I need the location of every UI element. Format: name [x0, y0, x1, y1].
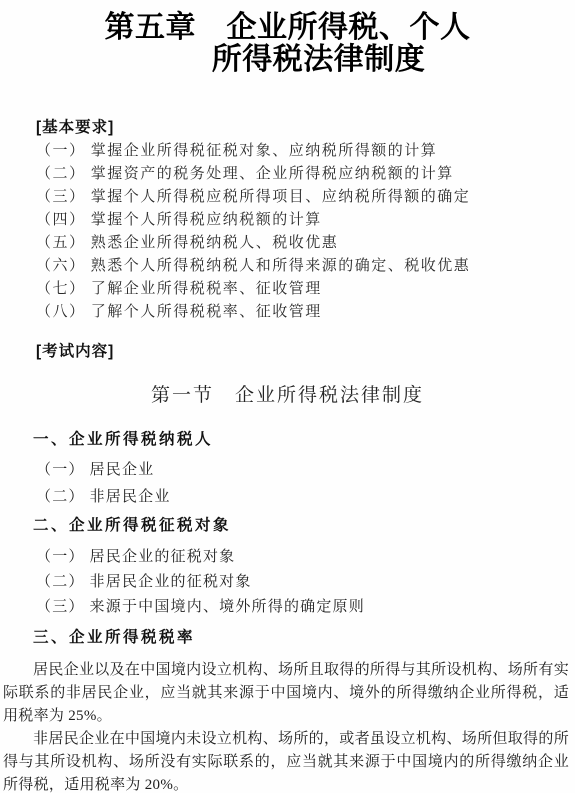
- requirement-item: （一） 掌握企业所得税征税对象、应纳税所得额的计算: [36, 140, 575, 163]
- requirement-item: （四） 掌握个人所得税应纳税额的计算: [36, 209, 575, 232]
- topic-1-list: （一） 居民企业 （二） 非居民企业: [36, 457, 575, 511]
- requirement-item: （五） 熟悉企业所得税纳税人、税收优惠: [36, 232, 575, 255]
- topic-heading-2: 二、企业所得税征税对象: [33, 516, 575, 536]
- topic-heading-3: 三、企业所得税税率: [33, 628, 575, 648]
- requirement-item: （八） 了解个人所得税税率、征收管理: [36, 301, 575, 324]
- topic-1-item: （二） 非居民企业: [36, 484, 575, 511]
- requirement-item: （三） 掌握个人所得税应税所得项目、应纳税所得额的确定: [36, 186, 575, 209]
- requirement-item: （六） 熟悉个人所得税纳税人和所得来源的确定、税收优惠: [36, 255, 575, 278]
- topic-2-item: （三） 来源于中国境内、境外所得的确定原则: [36, 595, 575, 620]
- topic-2-list: （一） 居民企业的征税对象 （二） 非居民企业的征税对象 （三） 来源于中国境内…: [36, 545, 575, 620]
- basic-requirements-heading: [基本要求]: [36, 118, 575, 138]
- topic-1-item: （一） 居民企业: [36, 457, 575, 484]
- document-page: 第五章 企业所得税、个人 所得税法律制度 [基本要求] （一） 掌握企业所得税征…: [0, 0, 575, 793]
- requirement-item: （二） 掌握资产的税务处理、企业所得税应纳税额的计算: [36, 163, 575, 186]
- basic-requirements-list: （一） 掌握企业所得税征税对象、应纳税所得额的计算 （二） 掌握资产的税务处理、…: [36, 140, 575, 324]
- topic-heading-1: 一、企业所得税纳税人: [33, 430, 575, 450]
- topic-2-item: （一） 居民企业的征税对象: [36, 545, 575, 570]
- body-paragraph: 非居民企业在中国境内未设立机构、场所的，或者虽设立机构、场所但取得的所得与其所设…: [3, 728, 569, 793]
- requirement-item: （七） 了解企业所得税税率、征收管理: [36, 278, 575, 301]
- section-title: 第一节 企业所得税法律制度: [0, 384, 575, 408]
- chapter-title-line2: 所得税法律制度: [31, 44, 575, 76]
- body-paragraph: 居民企业以及在中国境内设立机构、场所且取得的所得与其所设机构、场所有实际联系的非…: [3, 659, 569, 728]
- topic-2-item: （二） 非居民企业的征税对象: [36, 570, 575, 595]
- chapter-title: 第五章 企业所得税、个人 所得税法律制度: [0, 12, 575, 76]
- exam-content-heading: [考试内容]: [36, 342, 575, 362]
- chapter-title-line1: 第五章 企业所得税、个人: [105, 11, 471, 44]
